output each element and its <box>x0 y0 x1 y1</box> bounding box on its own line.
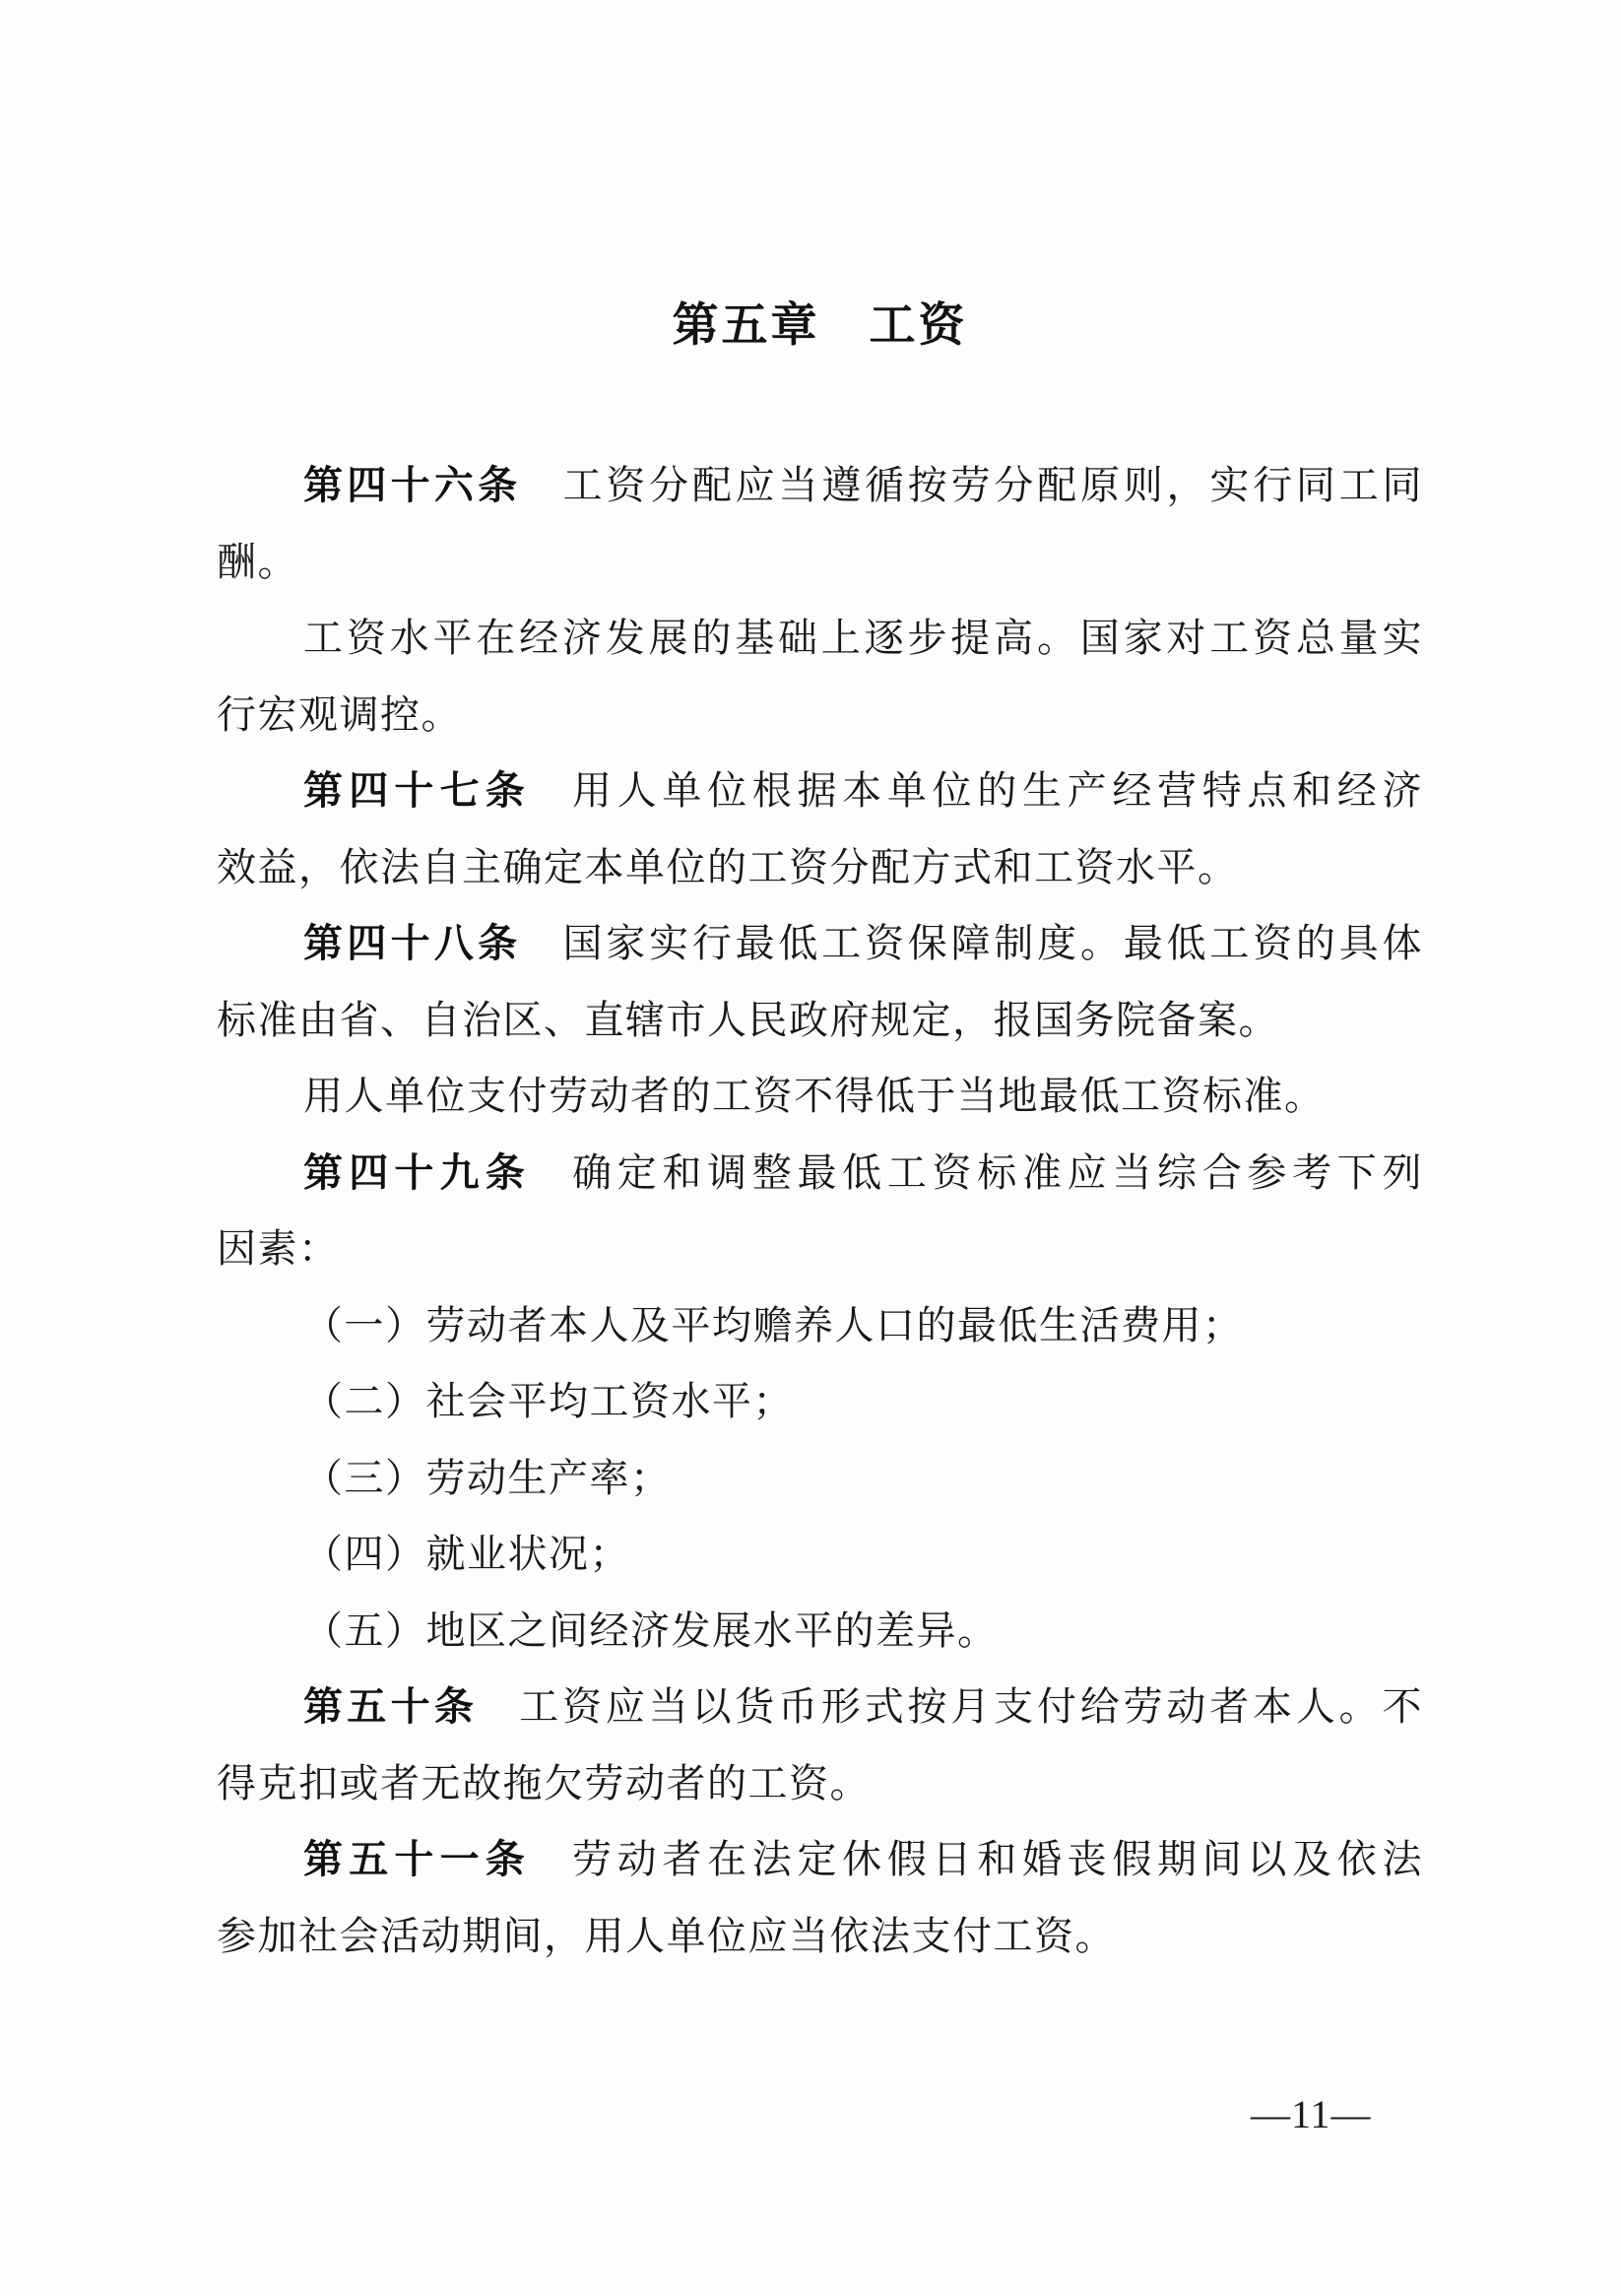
text-line: 工资水平在经济发展的基础上逐步提高。国家对工资总量实 <box>217 600 1423 677</box>
list-item: （三）劳动生产率； <box>217 1440 1423 1517</box>
line-text: 用人单位根据本单位的生产经营特点和经济 <box>572 768 1423 813</box>
article-number: 第四十七条 <box>303 769 531 813</box>
text-line: 行宏观调控。 <box>217 677 1423 754</box>
text-line: 第五十条工资应当以货币形式按月支付给劳动者本人。不 <box>217 1669 1423 1745</box>
line-text: 标准由省、自治区、直辖市人民政府规定，报国务院备案。 <box>217 998 1279 1042</box>
line-text: 行宏观调控。 <box>217 692 462 737</box>
text-line: 效益，依法自主确定本单位的工资分配方式和工资水平。 <box>217 829 1423 906</box>
text-line: 第五十一条劳动者在法定休假日和婚丧假期间以及依法 <box>217 1821 1423 1898</box>
article-number: 第五十条 <box>303 1685 478 1729</box>
text-line: 第四十六条工资分配应当遵循按劳分配原则，实行同工同 <box>217 447 1423 524</box>
article-number: 第四十九条 <box>303 1151 531 1195</box>
text-line: 标准由省、自治区、直辖市人民政府规定，报国务院备案。 <box>217 982 1423 1059</box>
text-line: 第四十九条确定和调整最低工资标准应当综合参考下列 <box>217 1135 1423 1212</box>
text-line: 得克扣或者无故拖欠劳动者的工资。 <box>217 1745 1423 1822</box>
document-page: 第五章 工资 第四十六条工资分配应当遵循按劳分配原则，实行同工同 酬。 工资水平… <box>0 0 1621 2296</box>
text-line: 第四十七条用人单位根据本单位的生产经营特点和经济 <box>217 753 1423 829</box>
line-text: 确定和调整最低工资标准应当综合参考下列 <box>572 1150 1423 1195</box>
line-text: 得克扣或者无故拖欠劳动者的工资。 <box>217 1761 871 1805</box>
page-number: —11— <box>1251 2090 1372 2139</box>
line-text: 参加社会活动期间，用人单位应当依法支付工资。 <box>217 1914 1116 1958</box>
text-line: 参加社会活动期间，用人单位应当依法支付工资。 <box>217 1898 1423 1975</box>
article-number: 第四十八条 <box>303 922 521 965</box>
line-text: 劳动者在法定休假日和婚丧假期间以及依法 <box>572 1837 1423 1881</box>
chapter-title: 第五章 工资 <box>217 295 1423 355</box>
list-item: （一）劳动者本人及平均赡养人口的最低生活费用； <box>217 1287 1423 1364</box>
line-text: 工资水平在经济发展的基础上逐步提高。国家对工资总量实 <box>303 616 1423 660</box>
list-item: （四）就业状况； <box>217 1516 1423 1593</box>
line-text: （四）就业状况； <box>303 1532 630 1576</box>
text-line: 第四十八条国家实行最低工资保障制度。最低工资的具体 <box>217 905 1423 982</box>
article-number: 第四十六条 <box>303 464 521 507</box>
text-line: 因素： <box>217 1211 1423 1287</box>
line-text: 效益，依法自主确定本单位的工资分配方式和工资水平。 <box>217 845 1239 889</box>
line-text: 国家实行最低工资保障制度。最低工资的具体 <box>562 921 1423 965</box>
line-text: 酬。 <box>217 540 298 584</box>
line-text: 工资应当以货币形式按月支付给劳动者本人。不 <box>519 1684 1423 1729</box>
line-text: 用人单位支付劳动者的工资不得低于当地最低工资标准。 <box>303 1074 1326 1118</box>
line-text: 工资分配应当遵循按劳分配原则，实行同工同 <box>562 463 1423 507</box>
text-line: 酬。 <box>217 524 1423 601</box>
line-text: （三）劳动生产率； <box>303 1456 672 1500</box>
document-body: 第四十六条工资分配应当遵循按劳分配原则，实行同工同 酬。 工资水平在经济发展的基… <box>217 447 1423 1974</box>
line-text: （二）社会平均工资水平； <box>303 1379 794 1423</box>
line-text: 因素： <box>217 1226 340 1271</box>
text-line: 用人单位支付劳动者的工资不得低于当地最低工资标准。 <box>217 1058 1423 1135</box>
line-text: （五）地区之间经济发展水平的差异。 <box>303 1608 999 1653</box>
line-text: （一）劳动者本人及平均赡养人口的最低生活费用； <box>303 1303 1244 1347</box>
article-number: 第五十一条 <box>303 1838 531 1881</box>
list-item: （二）社会平均工资水平； <box>217 1363 1423 1440</box>
list-item: （五）地区之间经济发展水平的差异。 <box>217 1593 1423 1670</box>
